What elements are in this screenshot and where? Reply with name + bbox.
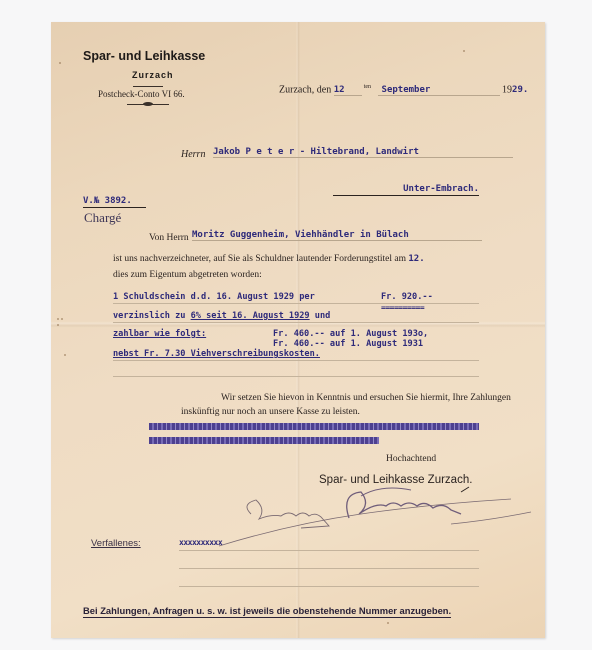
from-name: Moritz Guggenheim, Viehhändler in Bülach [192, 230, 482, 241]
ruled-line [179, 568, 479, 569]
letterhead-divider [133, 86, 163, 87]
handwritten-signatures [211, 484, 541, 554]
assignment-day: 12. [408, 254, 424, 264]
claim-interest-suffix: und [310, 311, 331, 321]
paper-spot [64, 354, 66, 356]
notice-line-1: Wir setzen Sie hievon in Kenntnis und er… [221, 393, 511, 403]
date-place: Zurzach, den [279, 84, 331, 95]
overdue-label: Verfallenes: [91, 538, 141, 549]
ruled-line [113, 303, 479, 304]
date-day-suffix: ten [364, 84, 371, 90]
ruled-line [113, 360, 479, 361]
recipient-place: Unter-Embrach. [333, 184, 479, 196]
claim-interest-prefix: verzinslich zu [113, 311, 191, 321]
struck-out-text-2 [149, 437, 379, 444]
date-month: September [378, 85, 500, 96]
footer-instruction: Bei Zahlungen, Anfragen u. s. w. ist jew… [83, 605, 451, 618]
claim-interest-rate: 6% seit 16. August 1929 [191, 311, 310, 321]
date-year-prefix: 19 [502, 84, 512, 95]
body-line-3: dies zum Eigentum abgetreten worden: [113, 270, 262, 280]
notice-line-2: inskünftig nur noch an unsere Kasse zu l… [181, 407, 360, 417]
ruled-line [113, 376, 479, 377]
body-line-2-text: ist uns nachverzeichneter, auf Sie als S… [113, 254, 406, 264]
payment-terms-label: zahlbar wie folgt: [113, 329, 206, 339]
closing-greeting: Hochachtend [386, 454, 436, 464]
ruled-line [113, 322, 479, 323]
claim-amount: Fr. 920.-- [381, 292, 433, 302]
installment-1: Fr. 460.-- auf 1. August 193o, [273, 329, 428, 339]
overdue-value: xxxxxxxxxx [179, 538, 222, 547]
struck-out-text-1 [149, 423, 479, 430]
date-year-suffix: 29. [512, 85, 528, 95]
paper-spot [61, 318, 63, 320]
letter-sheet: Spar- und Leihkasse Zurzach Postcheck-Co… [51, 22, 545, 638]
date-line: Zurzach, den 12ten September 1929. [279, 84, 528, 96]
charge-stamp: Chargé [84, 210, 121, 226]
ruled-line [179, 550, 479, 551]
bank-name: Spar- und Leihkasse [83, 49, 205, 63]
ornament-divider [127, 104, 169, 105]
paper-spot [463, 50, 465, 52]
from-label: Von Herrn [149, 233, 189, 243]
body-line-2: ist uns nachverzeichneter, auf Sie als S… [113, 254, 479, 264]
recipient-name: Jakob P e t e r - Hiltebrand, Landwirt [213, 147, 513, 158]
ruled-line [179, 586, 479, 587]
date-day: 12 [334, 85, 362, 96]
paper-spot [57, 324, 59, 326]
installment-2: Fr. 460.-- auf 1. August 1931 [273, 339, 423, 349]
bank-city: Zurzach [132, 70, 174, 80]
paper-spot [387, 622, 389, 624]
postcheck-account: Postcheck-Conto VI 66. [98, 89, 185, 99]
claim-costs: nebst Fr. 7.30 Viehverschreibungskosten. [113, 349, 320, 359]
claim-line-2: verzinslich zu 6% seit 16. August 1929 u… [113, 311, 463, 321]
paper-spot [59, 62, 61, 64]
recipient-salutation: Herrn [181, 149, 205, 160]
paper-spot [57, 318, 59, 320]
reference-number: V.№ 3892. [83, 196, 146, 208]
